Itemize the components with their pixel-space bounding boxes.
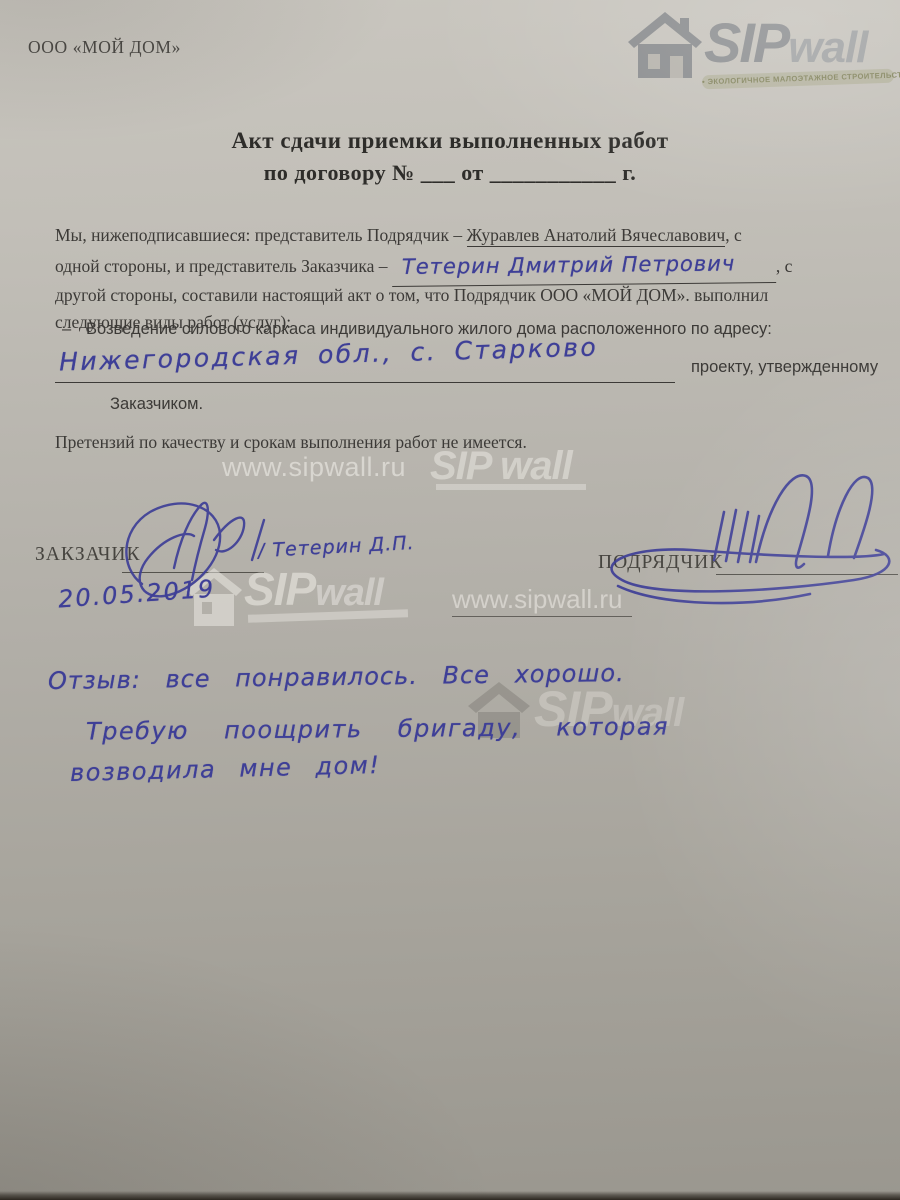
body-paragraph: Мы, нижеподписавшиеся: представитель Под…: [55, 222, 855, 336]
line1-tail: , с: [725, 225, 742, 245]
logo-wordmark: SIPwall: [704, 10, 867, 75]
paragraph-line-1: Мы, нижеподписавшиеся: представитель Под…: [55, 222, 855, 249]
address-suffix-2: Заказчиком.: [110, 395, 203, 414]
address-suffix: проекту, утвержденному: [691, 358, 878, 377]
logo-sip-text: SIP: [704, 11, 788, 74]
review-line-2: Требую поощрить бригаду, которая: [86, 712, 669, 745]
contractor-signature: [596, 462, 898, 617]
address-blank-line: [55, 382, 675, 383]
title-line-1: Акт сдачи приемки выполненных работ: [0, 128, 900, 154]
document-photo: ООО «МОЙ ДОМ» SIPwall • ЭКОЛОГИЧНОЕ МАЛО…: [0, 0, 900, 1200]
line2-text: одной стороны, и представитель Заказчика…: [55, 256, 392, 276]
photo-bottom-edge: [0, 1191, 900, 1200]
title-line-2: по договору № ___ от ___________ г.: [0, 160, 900, 186]
contractor-name: Журавлев Анатолий Вячеславович: [467, 225, 726, 247]
work-item-text: Возведение силового каркаса индивидуальн…: [86, 320, 772, 338]
sipwall-logo: SIPwall • ЭКОЛОГИЧНОЕ МАЛОЭТАЖНОЕ СТРОИТ…: [624, 8, 896, 94]
address-handwritten: Нижегородская обл., с. Старково: [59, 332, 599, 376]
document-title: Акт сдачи приемки выполненных работ по д…: [0, 128, 900, 186]
house-icon: [628, 12, 702, 78]
watermark-url-1: www.sipwall.ru: [222, 452, 406, 483]
paragraph-line-2: одной стороны, и представитель Заказчика…: [55, 249, 855, 282]
line1-text: Мы, нижеподписавшиеся: представитель Под…: [55, 225, 467, 245]
address-row: Нижегородская обл., с. Старково проекту,…: [55, 340, 875, 388]
line2-tail: , с: [776, 256, 793, 276]
bullet-dash: –: [62, 320, 86, 339]
company-name: ООО «МОЙ ДОМ»: [28, 37, 181, 58]
watermark-partial-band: [436, 484, 586, 490]
customer-name-handwritten: Тетерин Дмитрий Петрович: [392, 247, 776, 287]
review-line-3: возводила мне дом!: [70, 751, 381, 787]
logo-wall-text: wall: [788, 23, 867, 72]
